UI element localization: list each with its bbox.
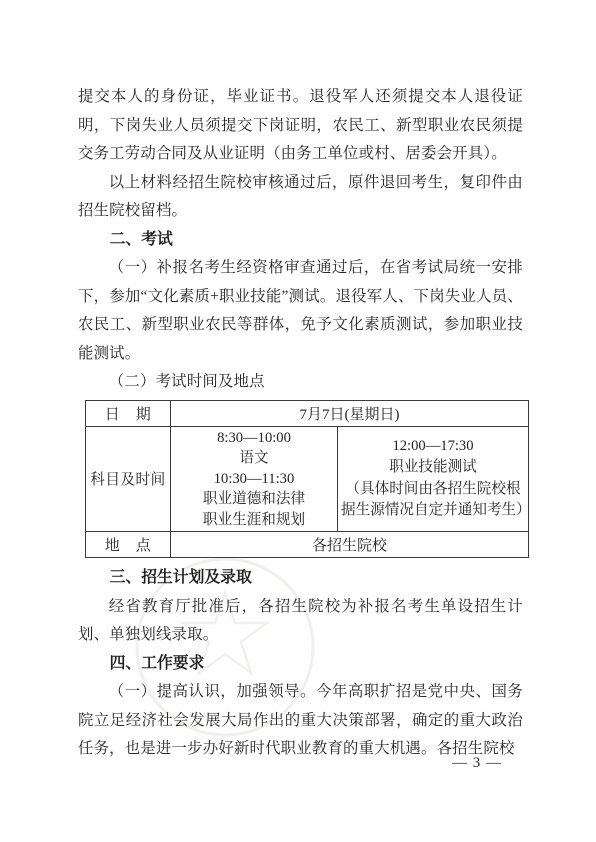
skill-note: （具体时间由各招生院校根据生源情况自定并通知考生）: [341, 479, 525, 522]
paragraph-enrollment-plan: 经省教育厅批准后，各招生院校为补报名考生单设招生计划、单独划线录取。: [78, 593, 523, 650]
exam-schedule-table: 日 期 7月7日(星期日) 科目及时间 8:30—10:00 语文 10:30—…: [85, 400, 529, 559]
table-row-location: 地 点 各招生院校: [86, 532, 529, 558]
location-row-value: 各招生院校: [171, 532, 529, 558]
document-page: 提交本人的身份证，毕业证书。退役军人还须提交本人退役证明，下岗失业人员须提交下岗…: [0, 0, 596, 842]
paragraph-exam-arrangement: （一）补报名考生经资格审查通过后，在省考试局统一安排下，参加“文化素质+职业技能…: [78, 254, 523, 368]
culture-test-cell: 8:30—10:00 语文 10:30—11:30 职业道德和法律 职业生涯和规…: [171, 426, 338, 532]
section-heading-exam: 二、考试: [78, 226, 523, 255]
paragraph-continued: 提交本人的身份证，毕业证书。退役军人还须提交本人退役证明，下岗失业人员须提交下岗…: [78, 83, 523, 169]
page-number: — 3 —: [452, 755, 502, 772]
paragraph-exam-time-place: （二）考试时间及地点: [78, 368, 523, 397]
paragraph-work-requirements: （一）提高认识，加强领导。今年高职扩招是党中央、国务院立足经济社会发展大局作出的…: [78, 678, 523, 764]
section-heading-work-requirements: 四、工作要求: [78, 650, 523, 679]
date-row-value: 7月7日(星期日): [171, 400, 529, 426]
paragraph-materials-return: 以上材料经招生院校审核通过后，原件退回考生，复印件由招生院校留档。: [78, 169, 523, 226]
culture-subject-2: 职业道德和法律: [174, 489, 334, 510]
date-row-label: 日 期: [86, 400, 171, 426]
culture-subject-3: 职业生涯和规划: [174, 510, 334, 531]
document-body: 提交本人的身份证，毕业证书。退役军人还须提交本人退役证明，下岗失业人员须提交下岗…: [78, 83, 523, 764]
table-row-date: 日 期 7月7日(星期日): [86, 400, 529, 426]
section-heading-enrollment-plan: 三、招生计划及录取: [78, 564, 523, 593]
skill-time: 12:00—17:30: [341, 436, 525, 458]
skill-test-cell: 12:00—17:30 职业技能测试 （具体时间由各招生院校根据生源情况自定并通…: [338, 426, 529, 532]
subject-row-label: 科目及时间: [86, 426, 171, 532]
culture-subject-1: 语文: [174, 448, 334, 469]
culture-time-2: 10:30—11:30: [174, 469, 334, 490]
table-row-subjects: 科目及时间 8:30—10:00 语文 10:30—11:30 职业道德和法律 …: [86, 426, 529, 532]
skill-subject: 职业技能测试: [341, 457, 525, 479]
culture-time-1: 8:30—10:00: [174, 428, 334, 449]
location-row-label: 地 点: [86, 532, 171, 558]
